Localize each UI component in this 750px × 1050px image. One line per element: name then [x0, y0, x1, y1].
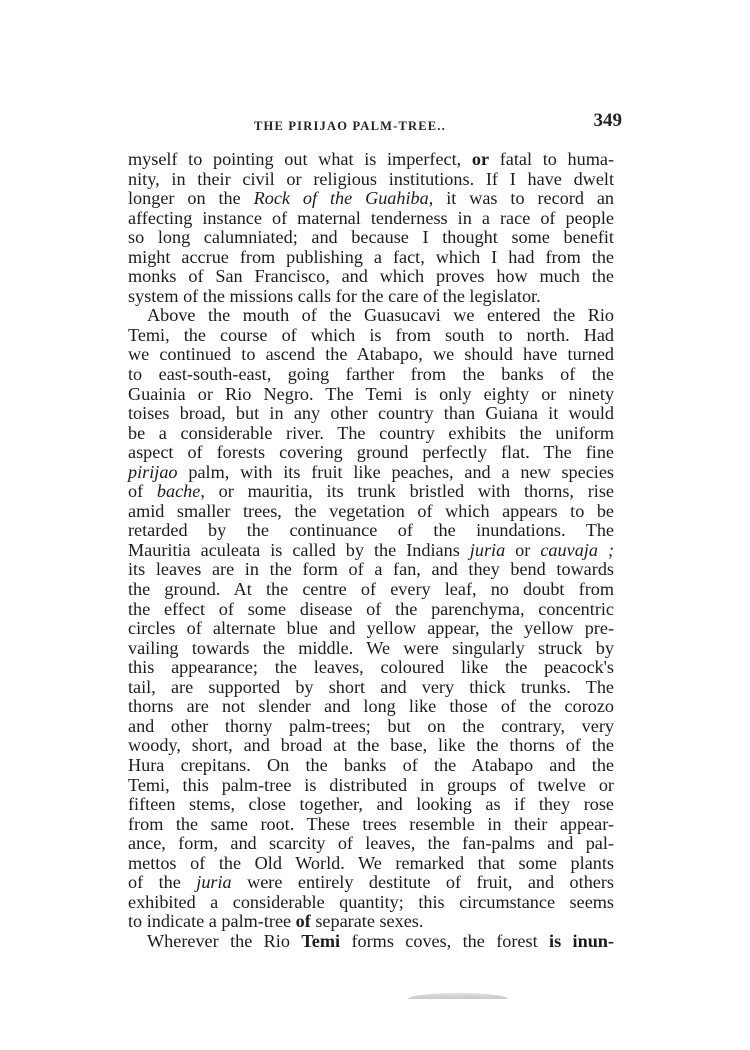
- text-segment: Above the mouth of the Guasucavi we ente…: [147, 305, 614, 325]
- text-segment: the effect of some disease of the parenc…: [128, 599, 614, 619]
- text-segment: be a considerable river. The country exh…: [128, 423, 614, 443]
- text-line: mettos of the Old World. We remarked tha…: [128, 854, 614, 874]
- text-segment: affecting instance of maternal tendernes…: [128, 208, 614, 228]
- text-line: this appearance; the leaves, coloured li…: [128, 658, 614, 678]
- text-line: amid smaller trees, the vegetation of wh…: [128, 502, 614, 522]
- text-line: to east-south-east, going farther from t…: [128, 365, 614, 385]
- text-line: Mauritia aculeata is called by the India…: [128, 541, 614, 561]
- text-segment: forms coves, the forest: [340, 931, 549, 951]
- text-segment: mettos of the Old World. We remarked tha…: [128, 853, 614, 873]
- text-segment: fifteen stems, close together, and looki…: [128, 794, 614, 814]
- text-line: its leaves are in the form of a fan, and…: [128, 560, 614, 580]
- text-segment: toises broad, but in any other country t…: [128, 403, 614, 423]
- text-line: the effect of some disease of the parenc…: [128, 600, 614, 620]
- italic-term: juria: [196, 872, 231, 892]
- text-segment: longer on the: [128, 188, 254, 208]
- text-line: we continued to ascend the Atabapo, we s…: [128, 345, 614, 365]
- text-segment: might accrue from publishing a fact, whi…: [128, 247, 614, 267]
- text-line: ance, form, and scarcity of leaves, the …: [128, 834, 614, 854]
- text-line: be a considerable river. The country exh…: [128, 424, 614, 444]
- text-line: Wherever the Rio Temi forms coves, the f…: [128, 932, 614, 952]
- text-line: Above the mouth of the Guasucavi we ente…: [128, 306, 614, 326]
- text-line: longer on the Rock of the Guahiba, it wa…: [128, 189, 614, 209]
- text-line: system of the missions calls for the car…: [128, 287, 614, 307]
- page-number: 349: [594, 110, 623, 132]
- text-segment: palm, with its fruit like peaches, and a…: [178, 462, 614, 482]
- text-segment: ance, form, and scarcity of leaves, the …: [128, 833, 614, 853]
- text-line: aspect of forests covering ground perfec…: [128, 443, 614, 463]
- text-line: retarded by the continuance of the inund…: [128, 521, 614, 541]
- text-segment: aspect of forests covering ground perfec…: [128, 442, 614, 462]
- text-segment: tail, are supported by short and very th…: [128, 677, 614, 697]
- text-segment: Mauritia aculeata is called by the India…: [128, 540, 470, 560]
- text-line: to indicate a palm-tree of separate sexe…: [128, 912, 614, 932]
- text-segment: we continued to ascend the Atabapo, we s…: [128, 344, 614, 364]
- text-segment: this appearance; the leaves, coloured li…: [128, 657, 614, 677]
- text-segment: of the: [128, 872, 196, 892]
- bold-text: Temi: [301, 931, 340, 951]
- text-segment: Temi, this palm-tree is distributed in g…: [128, 775, 614, 795]
- text-segment: of: [128, 481, 157, 501]
- bold-text: or: [472, 149, 489, 169]
- text-line: from the same root. These trees resemble…: [128, 815, 614, 835]
- text-segment: Hura crepitans. On the banks of the Atab…: [128, 755, 614, 775]
- text-segment: to indicate a palm-tree: [128, 911, 296, 931]
- text-segment: nity, in their civil or religious instit…: [128, 169, 614, 189]
- text-segment: vailing towards the middle. We were sing…: [128, 638, 614, 658]
- text-line: toises broad, but in any other country t…: [128, 404, 614, 424]
- text-segment: the ground. At the centre of every leaf,…: [128, 579, 614, 599]
- text-segment: monks of San Francisco, and which proves…: [128, 266, 614, 286]
- text-line: monks of San Francisco, and which proves…: [128, 267, 614, 287]
- text-segment: separate sexes.: [311, 911, 424, 931]
- text-segment: Guainia or Rio Negro. The Temi is only e…: [128, 384, 614, 404]
- italic-term: Rock of the Guahiba: [254, 188, 429, 208]
- text-line: affecting instance of maternal tendernes…: [128, 209, 614, 229]
- print-smudge: [408, 993, 508, 999]
- text-segment: from the same root. These trees resemble…: [128, 814, 614, 834]
- text-segment: system of the missions calls for the car…: [128, 286, 541, 306]
- text-segment: and other thorny palm-trees; but on the …: [128, 716, 614, 736]
- bold-text: of: [296, 911, 311, 931]
- text-segment: thorns are not slender and long like tho…: [128, 696, 614, 716]
- text-segment: myself to pointing out what is imperfect…: [128, 149, 472, 169]
- text-line: tail, are supported by short and very th…: [128, 678, 614, 698]
- text-line: exhibited a considerable quantity; this …: [128, 893, 614, 913]
- text-line: circles of alternate blue and yellow app…: [128, 619, 614, 639]
- text-line: might accrue from publishing a fact, whi…: [128, 248, 614, 268]
- text-line: nity, in their civil or religious instit…: [128, 170, 614, 190]
- text-segment: to east-south-east, going farther from t…: [128, 364, 614, 384]
- text-line: Temi, this palm-tree is distributed in g…: [128, 776, 614, 796]
- page-header: THE PIRIJAO PALM-TREE.. 349: [128, 112, 618, 136]
- bold-text: is inun-: [549, 931, 614, 951]
- text-line: thorns are not slender and long like tho…: [128, 697, 614, 717]
- text-line: of the juria were entirely destitute of …: [128, 873, 614, 893]
- text-segment: Temi, the course of which is from south …: [128, 325, 614, 345]
- running-head: THE PIRIJAO PALM-TREE..: [254, 119, 446, 134]
- text-segment: Wherever the Rio: [147, 931, 301, 951]
- text-segment: its leaves are in the form of a fan, and…: [128, 559, 614, 579]
- text-segment: circles of alternate blue and yellow app…: [128, 618, 614, 638]
- text-segment: exhibited a considerable quantity; this …: [128, 892, 614, 912]
- italic-term: bache: [157, 481, 200, 501]
- text-segment: retarded by the continuance of the inund…: [128, 520, 614, 540]
- italic-term: cauvaja ;: [540, 540, 614, 560]
- body-text: myself to pointing out what is imperfect…: [128, 150, 614, 951]
- text-segment: , it was to record an: [429, 188, 614, 208]
- text-segment: so long calumniated; and because I thoug…: [128, 227, 614, 247]
- text-line: Temi, the course of which is from south …: [128, 326, 614, 346]
- text-line: pirijao palm, with its fruit like peache…: [128, 463, 614, 483]
- text-segment: woody, short, and broad at the base, lik…: [128, 735, 614, 755]
- text-line: vailing towards the middle. We were sing…: [128, 639, 614, 659]
- text-segment: or: [505, 540, 540, 560]
- text-line: Guainia or Rio Negro. The Temi is only e…: [128, 385, 614, 405]
- text-segment: were entirely destitute of fruit, and ot…: [232, 872, 614, 892]
- text-line: woody, short, and broad at the base, lik…: [128, 736, 614, 756]
- text-line: the ground. At the centre of every leaf,…: [128, 580, 614, 600]
- text-line: and other thorny palm-trees; but on the …: [128, 717, 614, 737]
- italic-term: pirijao: [128, 462, 178, 482]
- text-line: so long calumniated; and because I thoug…: [128, 228, 614, 248]
- text-line: fifteen stems, close together, and looki…: [128, 795, 614, 815]
- text-line: Hura crepitans. On the banks of the Atab…: [128, 756, 614, 776]
- text-line: of bache, or mauritia, its trunk bristle…: [128, 482, 614, 502]
- italic-term: juria: [470, 540, 505, 560]
- text-segment: fatal to huma-: [489, 149, 614, 169]
- text-segment: amid smaller trees, the vegetation of wh…: [128, 501, 614, 521]
- text-line: myself to pointing out what is imperfect…: [128, 150, 614, 170]
- text-segment: , or mauritia, its trunk bristled with t…: [200, 481, 614, 501]
